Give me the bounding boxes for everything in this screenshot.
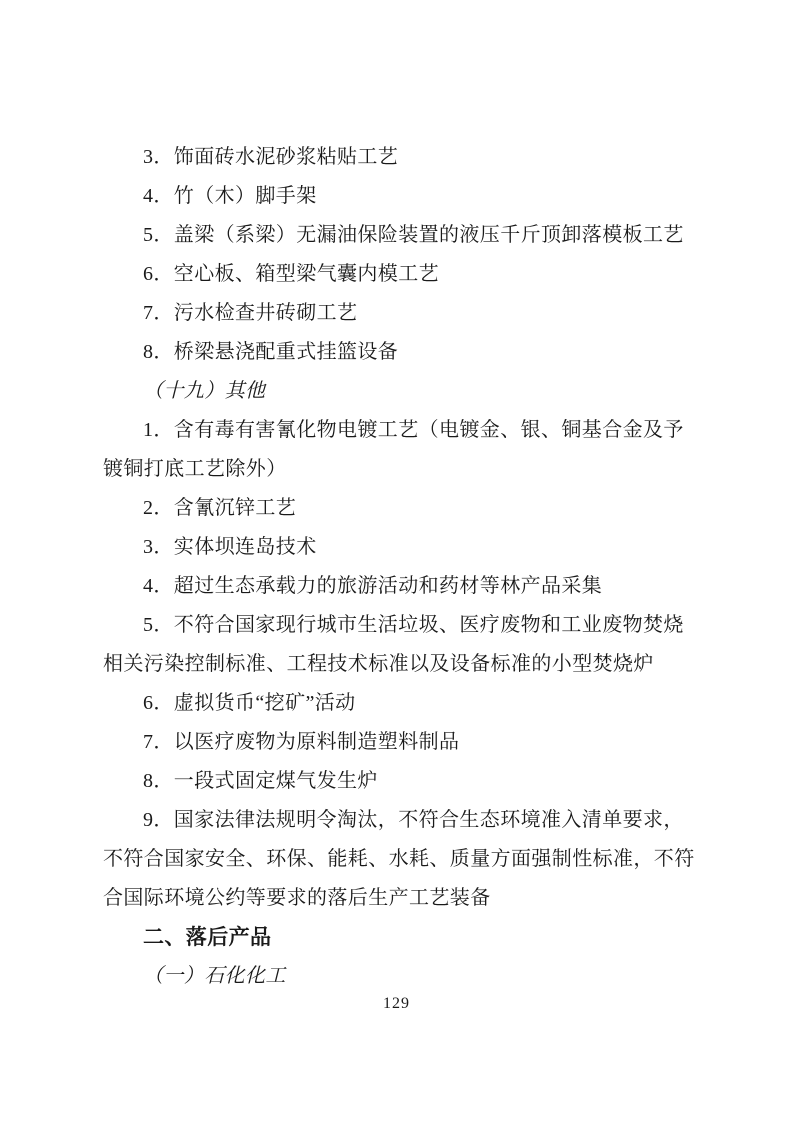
text-line: 8．一段式固定煤气发生炉: [103, 762, 693, 801]
text-line: （十九）其他: [103, 372, 693, 411]
text-line: 相关污染控制标准、工程技术标准以及设备标准的小型焚烧炉: [103, 645, 693, 684]
text-line: 二、落后产品: [103, 918, 693, 957]
page-number: 129: [0, 995, 793, 1013]
text-line: 5．不符合国家现行城市生活垃圾、医疗废物和工业废物焚烧: [103, 606, 693, 645]
text-line: 6．空心板、箱型梁气囊内模工艺: [103, 255, 693, 294]
text-line: 9．国家法律法规明令淘汰，不符合生态环境准入清单要求，: [103, 801, 693, 840]
text-line: 7．污水检查井砖砌工艺: [103, 294, 693, 333]
text-line: 7．以医疗废物为原料制造塑料制品: [103, 723, 693, 762]
text-line: 1．含有毒有害氰化物电镀工艺（电镀金、银、铜基合金及予: [103, 411, 693, 450]
text-line: 4．超过生态承载力的旅游活动和药材等林产品采集: [103, 567, 693, 606]
text-line: 镀铜打底工艺除外）: [103, 450, 693, 489]
text-line: 2．含氰沉锌工艺: [103, 489, 693, 528]
text-line: （一）石化化工: [103, 957, 693, 996]
document-body: 3．饰面砖水泥砂浆粘贴工艺4．竹（木）脚手架5．盖梁（系梁）无漏油保险装置的液压…: [103, 138, 693, 996]
text-line: 3．饰面砖水泥砂浆粘贴工艺: [103, 138, 693, 177]
text-line: 5．盖梁（系梁）无漏油保险装置的液压千斤顶卸落模板工艺: [103, 216, 693, 255]
text-line: 不符合国家安全、环保、能耗、水耗、质量方面强制性标准，不符: [103, 840, 693, 879]
text-line: 4．竹（木）脚手架: [103, 177, 693, 216]
text-line: 6．虚拟货币“挖矿”活动: [103, 684, 693, 723]
text-line: 3．实体坝连岛技术: [103, 528, 693, 567]
document-page: 3．饰面砖水泥砂浆粘贴工艺4．竹（木）脚手架5．盖梁（系梁）无漏油保险装置的液压…: [0, 0, 793, 1122]
text-line: 合国际环境公约等要求的落后生产工艺装备: [103, 879, 693, 918]
text-line: 8．桥梁悬浇配重式挂篮设备: [103, 333, 693, 372]
